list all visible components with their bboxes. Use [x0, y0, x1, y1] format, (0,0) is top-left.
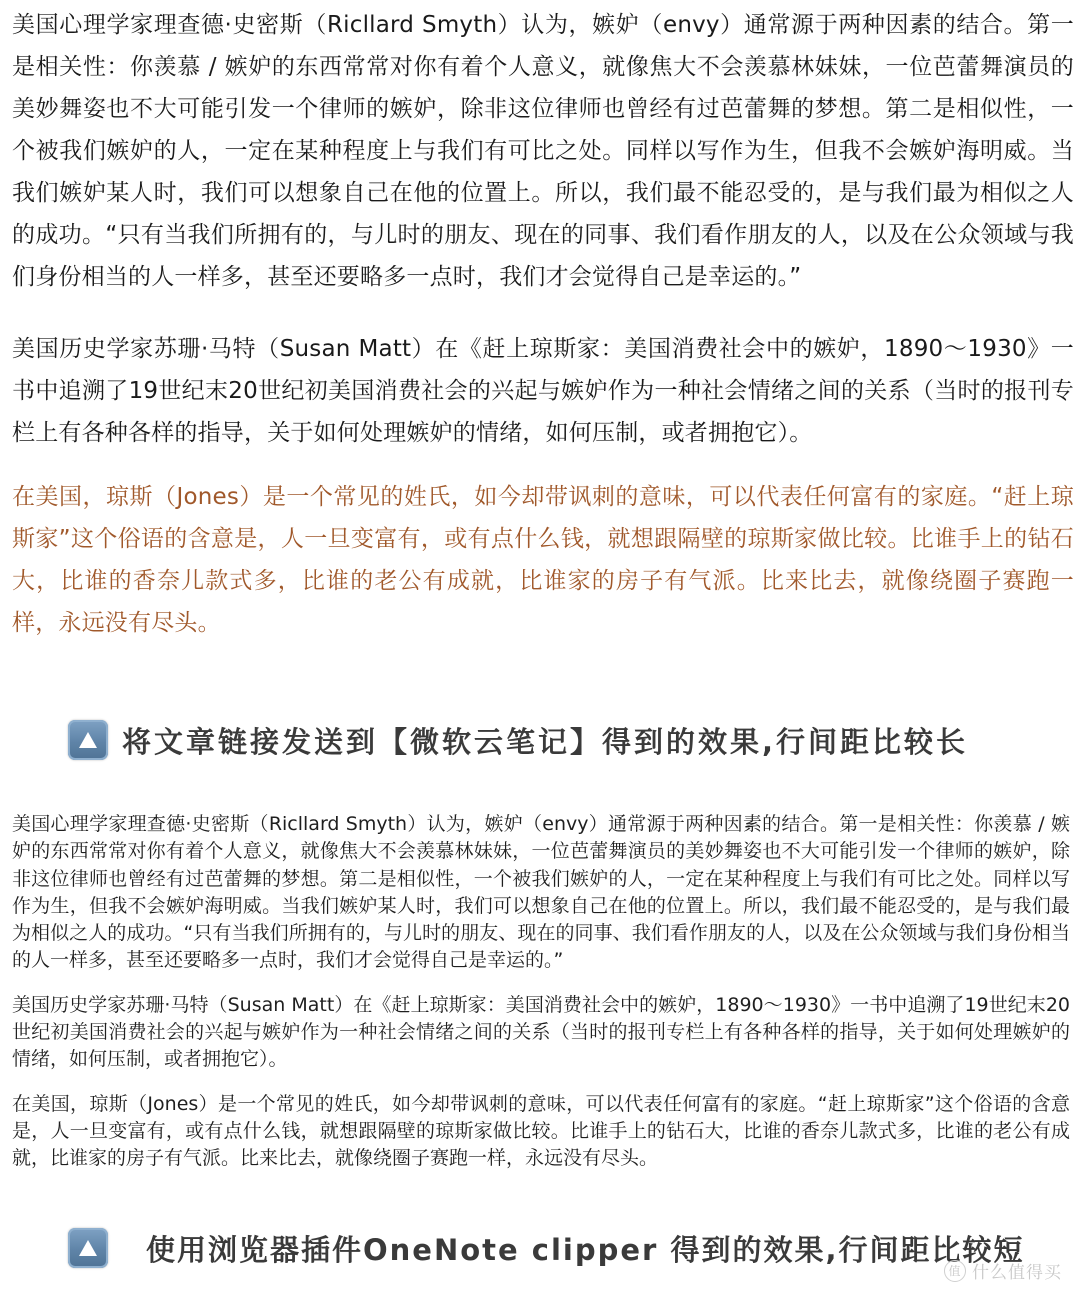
caption-text: 将文章链接发送到【微软云笔记】得到的效果,行间距比较长 — [122, 720, 968, 761]
triangle-up-icon — [68, 1228, 108, 1268]
long-line-spacing-article: 美国心理学家理查德·史密斯（Ricllard Smyth）认为，嫉妒（envy）… — [12, 4, 1074, 644]
paragraph-jones-highlighted: 在美国，琼斯（Jones）是一个常见的姓氏，如今却带讽刺的意味，可以代表任何富有… — [12, 476, 1074, 644]
smzdm-logo-icon: 值 — [944, 1260, 966, 1282]
caption-microsoft-cloud-notes: 将文章链接发送到【微软云笔记】得到的效果,行间距比较长 — [68, 712, 968, 768]
paragraph-jones-compact: 在美国，琼斯（Jones）是一个常见的姓氏，如今却带讽刺的意味，可以代表任何富有… — [12, 1091, 1070, 1173]
paragraph-smyth-envy: 美国心理学家理查德·史密斯（Ricllard Smyth）认为，嫉妒（envy）… — [12, 4, 1074, 298]
paragraph-smyth-envy-compact: 美国心理学家理查德·史密斯（Ricllard Smyth）认为，嫉妒（envy）… — [12, 811, 1070, 975]
caption-text: 使用浏览器插件OneNote clipper 得到的效果,行间距比较短 — [146, 1228, 1024, 1269]
short-line-spacing-article: 美国心理学家理查德·史密斯（Ricllard Smyth）认为，嫉妒（envy）… — [12, 811, 1070, 1173]
paragraph-susan-matt: 美国历史学家苏珊·马特（Susan Matt）在《赶上琼斯家：美国消费社会中的嫉… — [12, 328, 1074, 454]
paragraph-susan-matt-compact: 美国历史学家苏珊·马特（Susan Matt）在《赶上琼斯家：美国消费社会中的嫉… — [12, 992, 1070, 1074]
watermark: 值 什么值得买 — [944, 1258, 1062, 1283]
watermark-text: 什么值得买 — [972, 1258, 1062, 1283]
triangle-up-icon — [68, 720, 108, 760]
caption-onenote-clipper: 使用浏览器插件OneNote clipper 得到的效果,行间距比较短 — [68, 1220, 1024, 1276]
